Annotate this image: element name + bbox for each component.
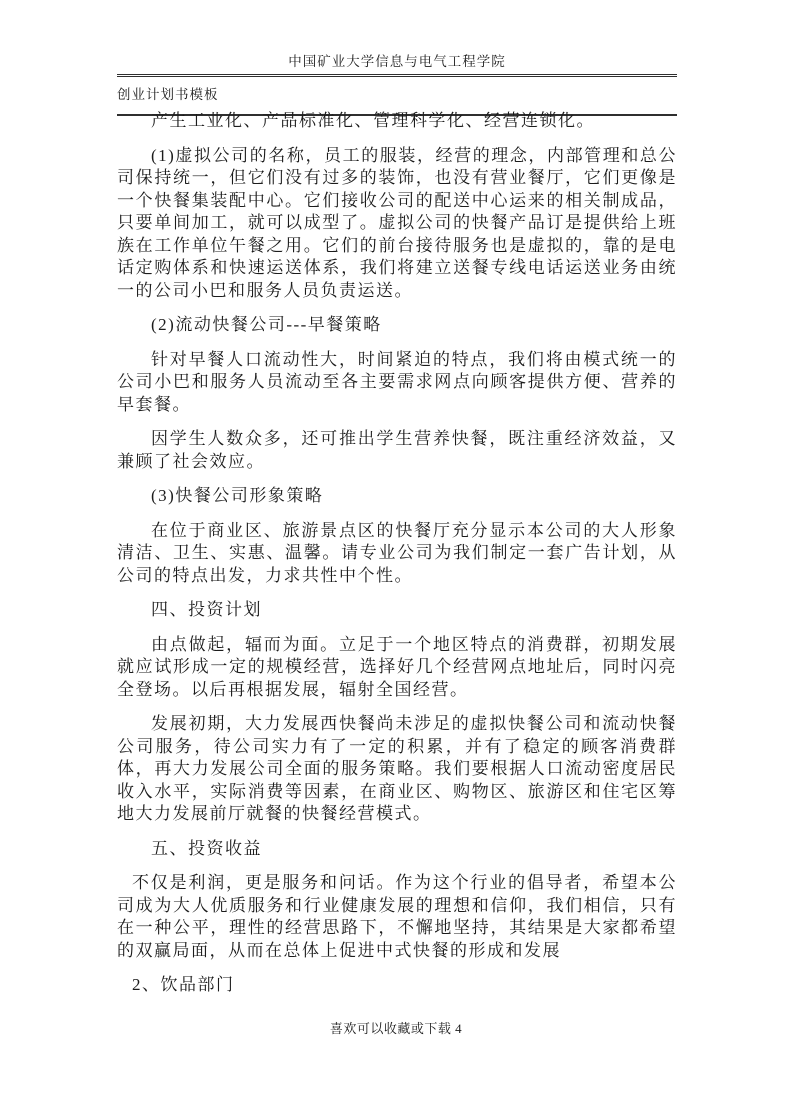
paragraph-virtual-company: (1)虚拟公司的名称，员工的服装，经营的理念，内部管理和总公司保持统一，但它们没… <box>117 145 677 303</box>
paragraph-investment-plan-2: 发展初期，大力发展西快餐尚未涉足的虚拟快餐公司和流动快餐公司服务，待公司实力有了… <box>117 713 677 826</box>
footer-text: 喜欢可以收藏或下载 <box>330 1021 452 1036</box>
page-footer: 喜欢可以收藏或下载 4 <box>0 1018 792 1037</box>
paragraph-image-strategy: 在位于商业区、旅游景点区的快餐厅充分显示本公司的大人形象清洁、卫生、实惠、温馨。… <box>117 520 677 588</box>
footer-page-number: 4 <box>455 1021 462 1036</box>
paragraph-investment-plan-1: 由点做起，辐而为面。立足于一个地区特点的消费群，初期发展就应试形成一定的规模经营… <box>117 634 677 702</box>
heading-mobile-fastfood-strategy: (2)流动快餐公司---早餐策略 <box>117 314 677 337</box>
header-institution: 中国矿业大学信息与电气工程学院 <box>117 50 677 77</box>
paragraph-student-meals: 因学生人数众多，还可推出学生营养快餐，既注重经济效益，又兼顾了社会效应。 <box>117 428 677 473</box>
document-page: 中国矿业大学信息与电气工程学院 创业计划书模板 产生工业化、产品标准化、管理科学… <box>0 0 792 1120</box>
page-header: 中国矿业大学信息与电气工程学院 创业计划书模板 <box>117 50 677 116</box>
heading-investment-return: 五、投资收益 <box>117 838 677 861</box>
document-body: 产生工业化、产品标准化、管理科学化、经营连锁化。 (1)虚拟公司的名称，员工的服… <box>117 110 677 1009</box>
heading-beverage-department: 2、饮品部门 <box>117 974 677 997</box>
heading-investment-plan: 四、投资计划 <box>117 599 677 622</box>
paragraph-investment-return: 不仅是利润，更是服务和问话。作为这个行业的倡导者，希望本公司成为大人优质服务和行… <box>117 872 677 962</box>
paragraph-breakfast-strategy: 针对早餐人口流动性大，时间紧迫的特点，我们将由模式统一的公司小巴和服务人员流动至… <box>117 349 677 417</box>
heading-image-strategy: (3)快餐公司形象策略 <box>117 485 677 508</box>
paragraph-industrialization: 产生工业化、产品标准化、管理科学化、经营连锁化。 <box>117 110 677 133</box>
